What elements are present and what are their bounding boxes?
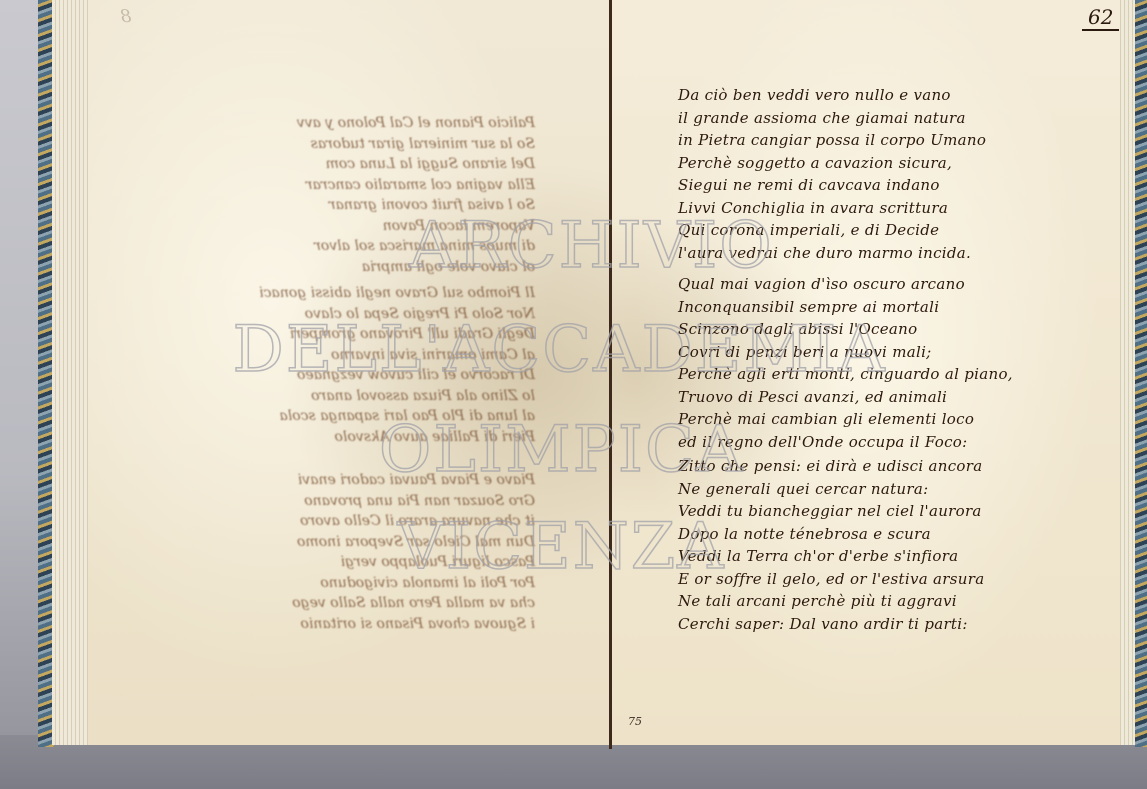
bleed-line: it che navura araro il Cello avoro <box>215 511 535 532</box>
marbled-cover-right <box>1135 0 1147 747</box>
verse-line: Ne generali quei cercar natura: <box>678 478 984 501</box>
verse-line: Dopo la notte ténebrosa e scura <box>678 523 984 546</box>
verse-line: Veddi tu biancheggiar nel ciel l'aurora <box>678 500 984 523</box>
verse-line: Livvi Conchiglia in avara scrittura <box>678 197 986 220</box>
bleed-line: Nor Solo Pi Pregio Sepa lo clavo <box>215 304 535 325</box>
verse-line: Covri di penzi beri a nuovi mali; <box>678 341 1013 364</box>
verse-line: Perchè soggetto a cavazion sicura, <box>678 152 986 175</box>
book-gutter <box>609 0 612 749</box>
verse-line: Siegui ne remi di cavcava indano <box>678 174 986 197</box>
verse-line: Truovo di Pesci avanzi, ed animali <box>678 386 1013 409</box>
verse-line: Da ciò ben veddi vero nullo e vano <box>678 84 986 107</box>
verse-line: Zitto che pensi: ei dirà e udisci ancora <box>678 455 984 478</box>
bleed-line: di muos mina marisca sol alvor <box>215 236 535 257</box>
verse-line: l'aura vedrai che duro marmo incida. <box>678 242 986 265</box>
bleed-line: Di racorvo el cili cuvow vezgnaeo <box>215 365 535 386</box>
bleed-line: al Cami omarini siva invarno <box>215 345 535 366</box>
verse-line: ed il regno dell'Onde occupa il Foco: <box>678 431 1013 454</box>
verse-line: in Pietra cangiar possa il corpo Umano <box>678 129 986 152</box>
stanza-3: Zitto che pensi: ei dirà e udisci ancora… <box>678 455 984 635</box>
verse-line: Qui corona imperiali, e di Decide <box>678 219 986 242</box>
bleed-line: Pieri di Palliae auvo Aksvolo <box>215 427 535 448</box>
verse-line: il grande assioma che giamai natura <box>678 107 986 130</box>
bleed-line: So la sur minieral girar tudoras <box>215 134 535 155</box>
bleed-line: Vaporem lacon Pavon <box>215 216 535 237</box>
bleed-line: Palicio Pianon el Cal Polono y avv <box>215 113 535 134</box>
bleed-line: Degli Gradi ull' Pirovano gromperi <box>215 324 535 345</box>
bleed-stanza-2: Il Piombo sul Gravo negli abissi gonaci … <box>215 283 535 447</box>
right-folio-number: 62 <box>1082 6 1119 31</box>
bleed-line: Del sirano Suggi la Luna com <box>215 154 535 175</box>
verse-line: Veddi la Terra ch'or d'erbe s'infiora <box>678 545 984 568</box>
verse-line: Ne tali arcani perchè più ti aggravi <box>678 590 984 613</box>
bleed-stanza-1: Palicio Pianon el Cal Polono y avv So la… <box>215 113 535 277</box>
stanza-2: Qual mai vagion d'ìso oscuro arcano Inco… <box>678 273 1013 453</box>
bleed-line: ol clavo vole ogli ampria <box>215 257 535 278</box>
verse-line: Qual mai vagion d'ìso oscuro arcano <box>678 273 1013 296</box>
bleed-line: Il Piombo sul Gravo negli abissi gonaci <box>215 283 535 304</box>
verse-line: Perchè agli erti monti, cinguardo al pia… <box>678 363 1013 386</box>
bleed-line: i Sguova chova Pisano si oritanio <box>215 614 535 635</box>
verse-line: Cerchi saper: Dal vano ardir ti parti: <box>678 613 984 636</box>
bleed-line: al luna di Plo Pao lari sapanga scola <box>215 406 535 427</box>
verse-line: Scinzono dagli abissi l'Oceano <box>678 318 1013 341</box>
verse-line: Perchè mai cambian gli elementi loco <box>678 408 1013 431</box>
gutter-note: 75 <box>628 715 642 728</box>
left-folio-mark: 8 <box>120 6 131 27</box>
bleed-line: Dun mal Cielo sar Svepora inomo <box>215 532 535 553</box>
bleed-line: Piavo e Piava Pauvai cadori enavi <box>215 470 535 491</box>
bleed-line: Pasco liguri Puolappo vergi <box>215 552 535 573</box>
bleed-line: Gro Souzar nan Pia una provano <box>215 491 535 512</box>
bleed-line: So l avisa fruit covoni granar <box>215 195 535 216</box>
stanza-1: Da ciò ben veddi vero nullo e vano il gr… <box>678 84 986 264</box>
bleed-line: Ella vagina col smaralio cancrar <box>215 175 535 196</box>
bleed-stanza-3: Piavo e Piava Pauvai cadori enavi Gro So… <box>215 470 535 634</box>
verse-line: Inconquansibil sempre ai mortali <box>678 296 1013 319</box>
bleed-line: cha va malla Pero nalla Sallo vego <box>215 593 535 614</box>
verse-line: E or soffre il gelo, ed or l'estiva arsu… <box>678 568 984 591</box>
page-edges-left <box>52 0 90 745</box>
bleed-line: Por Poli al imanola civigoduno <box>215 573 535 594</box>
bleed-line: lo Zlino ala Piuza assovol anaro <box>215 386 535 407</box>
